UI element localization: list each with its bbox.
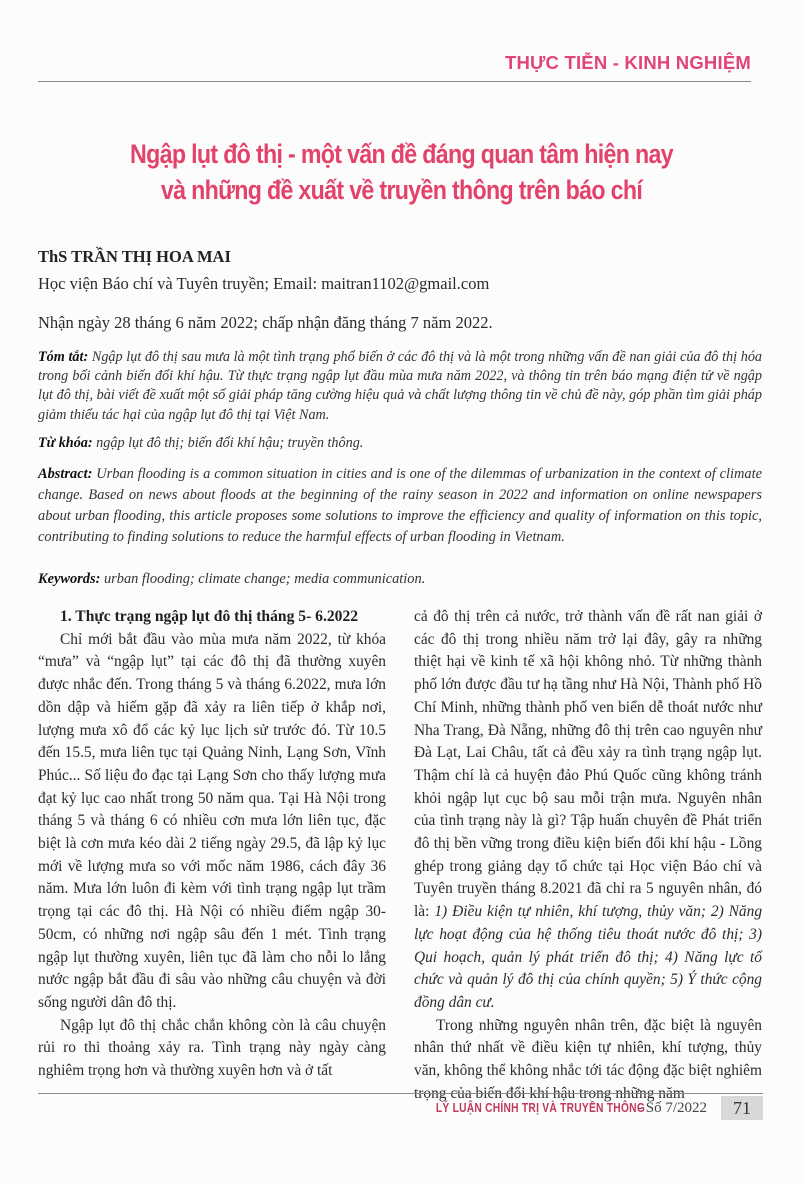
keywords-vi-text: ngập lụt đô thị; biến đổi khí hậu; truyề… <box>93 435 364 451</box>
journal-name: LÝ LUẬN CHÍNH TRỊ VÀ TRUYỀN THÔNG <box>436 1101 645 1115</box>
paragraph-3: Trong những nguyên nhân trên, đặc biệt l… <box>414 1015 762 1106</box>
keywords-en-label: Keywords: <box>38 571 100 587</box>
section-header: THỰC TIỄN - KINH NGHIỆM <box>505 52 751 74</box>
body-column-right: cả đô thị trên cả nước, trở thành vấn đề… <box>414 606 762 1105</box>
keywords-vietnamese: Từ khóa: ngập lụt đô thị; biến đổi khí h… <box>38 434 762 453</box>
journal-page: THỰC TIỄN - KINH NGHIỆM Ngập lụt đô thị … <box>0 0 803 1183</box>
author-name: ThS TRẦN THỊ HOA MAI <box>38 247 231 267</box>
page-footer: LÝ LUẬN CHÍNH TRỊ VÀ TRUYỀN THÔNG - Số 7… <box>390 1095 763 1121</box>
keywords-vi-label: Từ khóa: <box>38 435 93 451</box>
title-line-2: và những đề xuất về truyền thông trên bá… <box>56 172 747 208</box>
issue-number: - Số 7/2022 <box>637 1100 707 1117</box>
keywords-english: Keywords: urban flooding; climate change… <box>38 569 762 590</box>
causes-list: 1) Điều kiện tự nhiên, khí tượng, thủy v… <box>414 903 762 1011</box>
abstract-en-label: Abstract: <box>38 466 92 482</box>
article-title: Ngập lụt đô thị - một vấn đề đáng quan t… <box>56 136 747 208</box>
received-date: Nhận ngày 28 tháng 6 năm 2022; chấp nhận… <box>38 313 493 333</box>
keywords-en-text: urban flooding; climate change; media co… <box>100 571 425 587</box>
abstract-vi-label: Tóm tắt: <box>38 349 88 365</box>
footer-divider <box>38 1093 763 1094</box>
abstract-vietnamese: Tóm tắt: Ngập lụt đô thị sau mưa là một … <box>38 348 762 425</box>
section-heading: 1. Thực trạng ngập lụt đô thị tháng 5- 6… <box>38 606 386 629</box>
abstract-en-text: Urban flooding is a common situation in … <box>38 466 762 545</box>
abstract-vi-text: Ngập lụt đô thị sau mưa là một tình trạn… <box>38 349 762 423</box>
body-column-left: 1. Thực trạng ngập lụt đô thị tháng 5- 6… <box>38 606 386 1083</box>
paragraph-2-start: Ngập lụt đô thị chắc chắn không còn là c… <box>38 1015 386 1083</box>
page-number: 71 <box>721 1096 763 1120</box>
header-divider <box>38 81 751 82</box>
paragraph-1: Chỉ mới bắt đầu vào mùa mưa năm 2022, từ… <box>38 629 386 1015</box>
title-line-1: Ngập lụt đô thị - một vấn đề đáng quan t… <box>56 136 747 172</box>
abstract-english: Abstract: Urban flooding is a common sit… <box>38 464 762 548</box>
paragraph-2-continued: cả đô thị trên cả nước, trở thành vấn đề… <box>414 606 762 1015</box>
author-affiliation: Học viện Báo chí và Tuyên truyền; Email:… <box>38 274 489 294</box>
paragraph-2-text: cả đô thị trên cả nước, trở thành vấn đề… <box>414 608 762 920</box>
